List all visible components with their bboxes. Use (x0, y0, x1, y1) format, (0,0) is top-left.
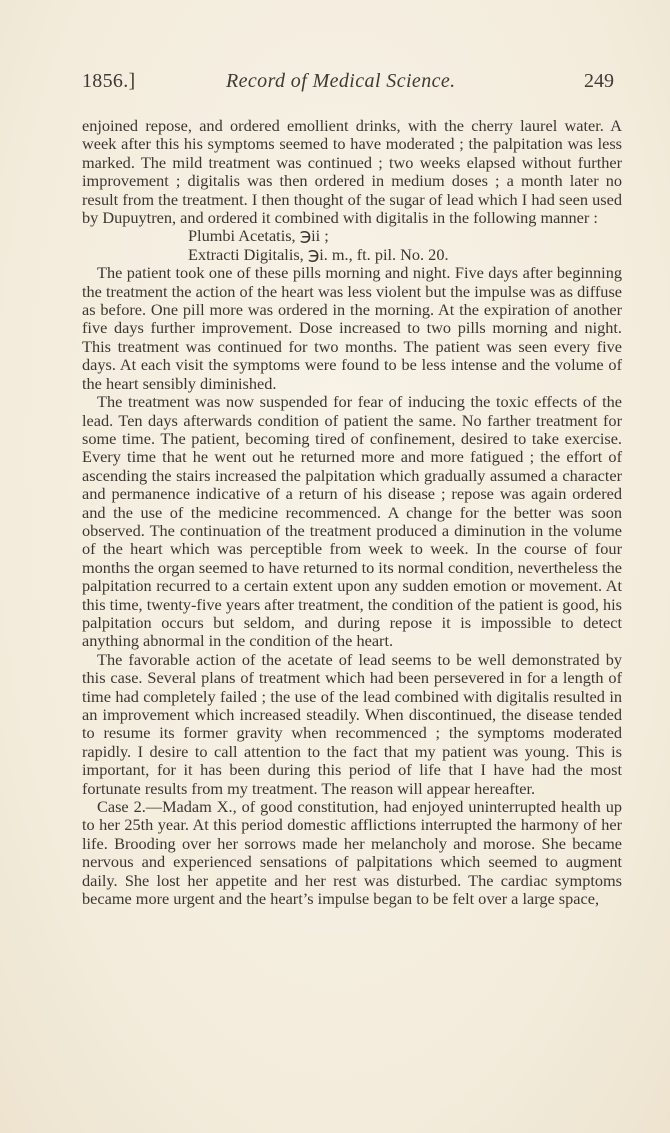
paragraph-case-2: Case 2.—Madam X., of good constitution, … (82, 798, 622, 908)
paragraph: The treatment was now suspended for fear… (82, 393, 622, 651)
body-text: enjoined repose, and ordered emollient d… (82, 117, 622, 908)
prescription-line: Plumbi Acetatis, ℈ii ; (188, 227, 622, 245)
journal-title: Record of Medical Science. (226, 70, 456, 93)
page-number: 249 (584, 70, 614, 93)
prescription-line: Extracti Digitalis, ℈i. m., ft. pil. No.… (188, 246, 622, 264)
header-year: 1856.] (82, 70, 135, 93)
paragraph: The favorable action of the acetate of l… (82, 651, 622, 798)
prescription: Plumbi Acetatis, ℈ii ; Extracti Digitali… (82, 227, 622, 264)
document-page: 1856.] Record of Medical Science. 249 en… (82, 70, 622, 908)
paragraph-continuation: enjoined repose, and ordered emollient d… (82, 117, 622, 227)
paragraph: The patient took one of these pills morn… (82, 264, 622, 393)
running-header: 1856.] Record of Medical Science. 249 (82, 70, 622, 96)
